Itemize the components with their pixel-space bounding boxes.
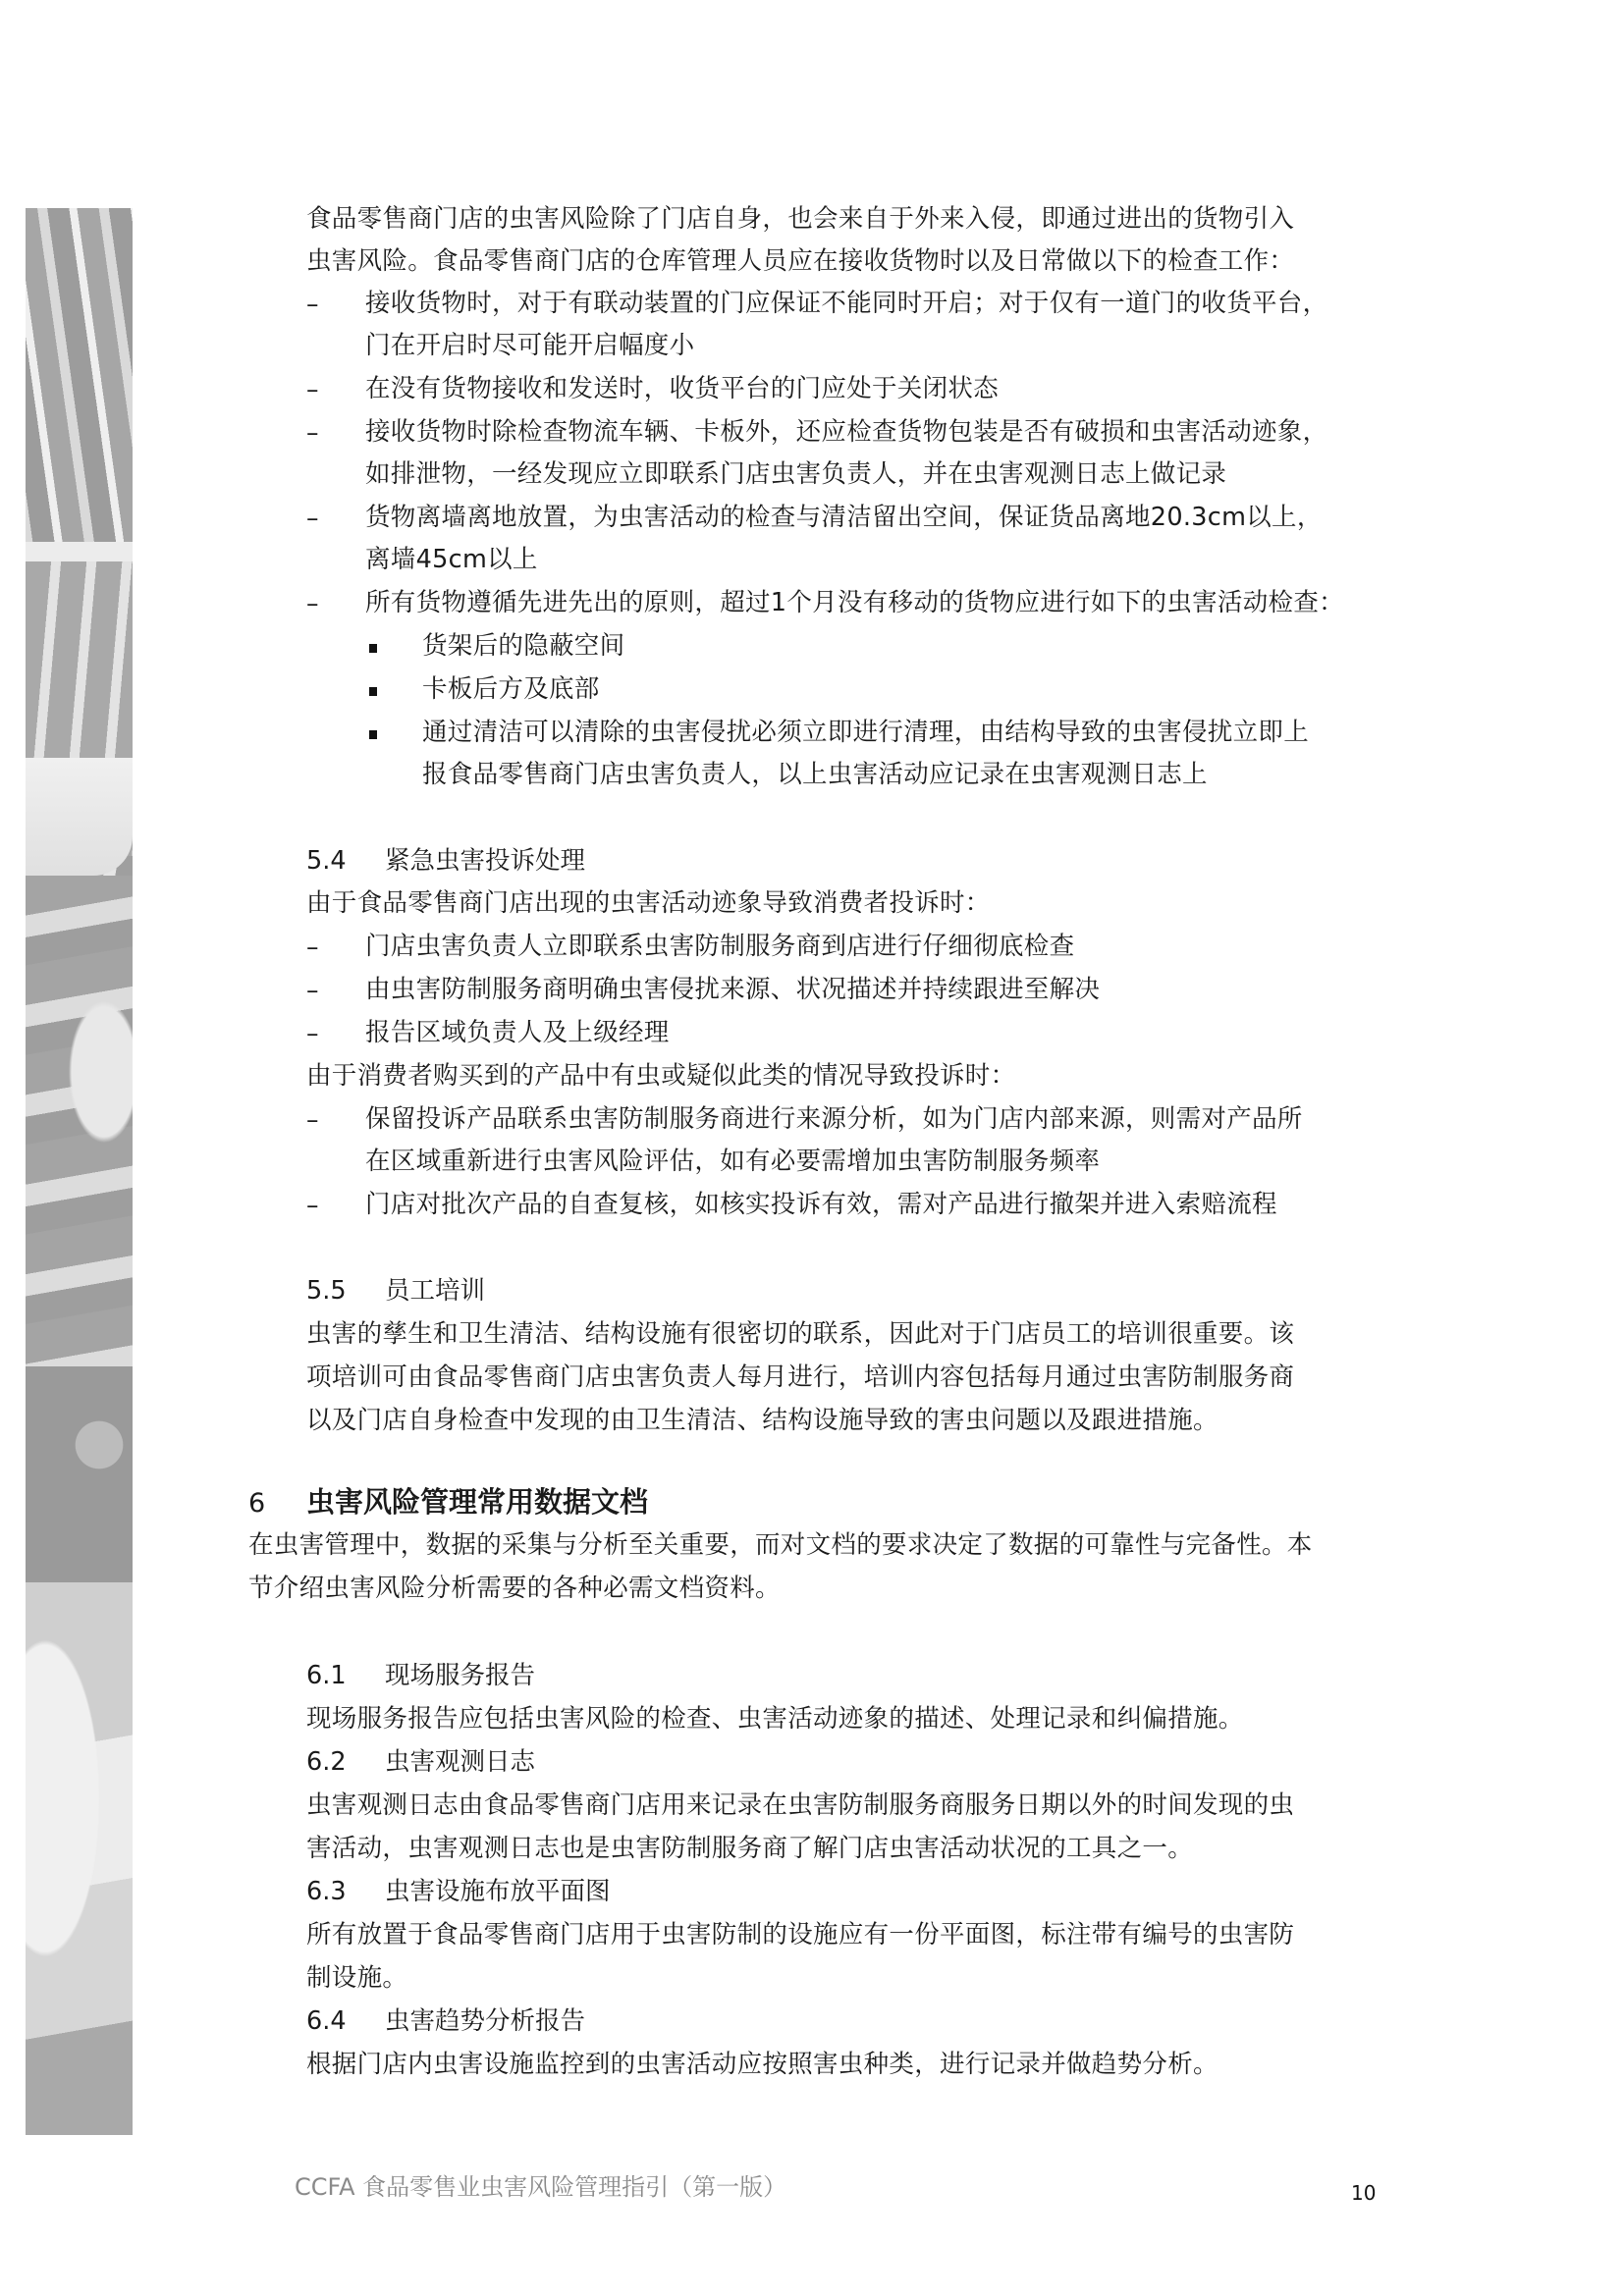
dash-bullet: – [306,283,319,325]
sub-list-item: 货架后的隐蔽空间 [422,625,624,667]
paragraph: 由于消费者购买到的产品中有虫或疑似此类的情况导致投诉时： [306,1055,1015,1097]
intro-paragraph-line: 虫害风险。食品零售商门店的仓库管理人员应在接收货物时以及日常做以下的检查工作： [306,240,1294,283]
section-number: 5.5 [306,1270,347,1312]
list-item-continuation: 离墙45cm以上 [365,539,538,581]
page-number: 10 [1351,2181,1376,2205]
dash-bullet: – [306,1184,319,1226]
dash-bullet: – [306,1098,319,1141]
sub-list-item-continuation: 报食品零售商门店虫害负责人，以上虫害活动应记录在虫害观测日志上 [422,754,1208,796]
footer-document-title: CCFA 食品零售业虫害风险管理指引（第一版） [295,2167,786,2202]
paragraph: 由于食品零售商门店出现的虫害活动迹象导致消费者投诉时： [306,882,991,925]
square-bullet-icon [369,644,377,653]
dash-bullet: – [306,411,319,454]
dash-bullet: – [306,1012,319,1054]
list-item: 接收货物时，对于有联动装置的门应保证不能同时开启；对于仅有一道门的收货平台， [365,283,1327,325]
list-item: 门店对批次产品的自查复核，如核实投诉有效，需对产品进行撤架并进入索赔流程 [365,1184,1277,1226]
list-item: 报告区域负责人及上级经理 [365,1012,670,1054]
intro-paragraph-line: 食品零售商门店的虫害风险除了门店自身，也会来自于外来入侵，即通过进出的货物引入 [306,198,1294,240]
list-item: 所有货物遵循先进先出的原则，超过1个月没有移动的货物应进行如下的虫害活动检查： [365,582,1344,624]
section-title: 员工培训 [385,1270,485,1312]
paragraph-line: 根据门店内虫害设施监控到的虫害活动应按照害虫种类，进行记录并做趋势分析。 [306,2044,1218,2086]
list-item-continuation: 在区域重新进行虫害风险评估，如有必要需增加虫害防制服务频率 [365,1141,1100,1183]
list-item: 由虫害防制服务商明确虫害侵扰来源、状况描述并持续跟进至解决 [365,969,1100,1011]
paragraph-line: 所有放置于食品零售商门店用于虫害防制的设施应有一份平面图，标注带有编号的虫害防 [306,1914,1294,1956]
subsection-title: 虫害设施布放平面图 [385,1871,611,1913]
subsection-title: 现场服务报告 [385,1655,535,1697]
dash-bullet: – [306,368,319,410]
dash-bullet: – [306,969,319,1011]
subsection-title: 虫害趋势分析报告 [385,2001,585,2043]
dash-bullet: – [306,926,319,968]
dash-bullet: – [306,582,319,624]
sub-list-item: 卡板后方及底部 [422,668,600,711]
paragraph-line: 现场服务报告应包括虫害风险的检查、虫害活动迹象的描述、处理记录和纠偏措施。 [306,1698,1244,1740]
list-item-continuation: 门在开启时尽可能开启幅度小 [365,325,694,367]
paragraph-line: 节介绍虫害风险分析需要的各种必需文档资料。 [248,1568,781,1610]
square-bullet-icon [369,687,377,696]
section-number: 5.4 [306,840,347,882]
section-title: 紧急虫害投诉处理 [385,840,585,882]
list-item: 在没有货物接收和发送时，收货平台的门应处于关闭状态 [365,368,999,410]
list-item-continuation: 如排泄物，一经发现应立即联系门店虫害负责人，并在虫害观测日志上做记录 [365,454,1226,496]
paragraph-line: 虫害观测日志由食品零售商门店用来记录在虫害防制服务商服务日期以外的时间发现的虫 [306,1785,1294,1827]
list-item: 保留投诉产品联系虫害防制服务商进行来源分析，如为门店内部来源，则需对产品所 [365,1098,1303,1141]
decorative-shopping-cart-photo [26,208,133,2135]
subsection-number: 6.1 [306,1655,347,1697]
paragraph-line: 制设施。 [306,1957,407,2000]
paragraph-line: 项培训可由食品零售商门店虫害负责人每月进行，培训内容包括每月通过虫害防制服务商 [306,1357,1294,1399]
subsection-number: 6.4 [306,2001,347,2043]
list-item: 接收货物时除检查物流车辆、卡板外，还应检查货物包装是否有破损和虫害活动迹象， [365,411,1327,454]
subsection-number: 6.3 [306,1871,347,1913]
chapter-title: 虫害风险管理常用数据文档 [306,1481,648,1523]
list-item: 货物离墙离地放置，为虫害活动的检查与清洁留出空间，保证货品离地20.3cm以上， [365,497,1323,539]
dash-bullet: – [306,497,319,539]
paragraph-line: 虫害的孳生和卫生清洁、结构设施有很密切的联系，因此对于门店员工的培训很重要。该 [306,1313,1294,1356]
square-bullet-icon [369,730,377,739]
paragraph-line: 以及门店自身检查中发现的由卫生清洁、结构设施导致的害虫问题以及跟进措施。 [306,1400,1218,1442]
subsection-number: 6.2 [306,1741,347,1784]
chapter-number: 6 [248,1482,265,1524]
paragraph-line: 在虫害管理中，数据的采集与分析至关重要，而对文档的要求决定了数据的可靠性与完备性… [248,1524,1313,1567]
paragraph-line: 害活动，虫害观测日志也是虫害防制服务商了解门店虫害活动状况的工具之一。 [306,1828,1193,1870]
list-item: 门店虫害负责人立即联系虫害防制服务商到店进行仔细彻底检查 [365,926,1074,968]
subsection-title: 虫害观测日志 [385,1741,535,1784]
sub-list-item: 通过清洁可以清除的虫害侵扰必须立即进行清理，由结构导致的虫害侵扰立即上 [422,712,1309,754]
